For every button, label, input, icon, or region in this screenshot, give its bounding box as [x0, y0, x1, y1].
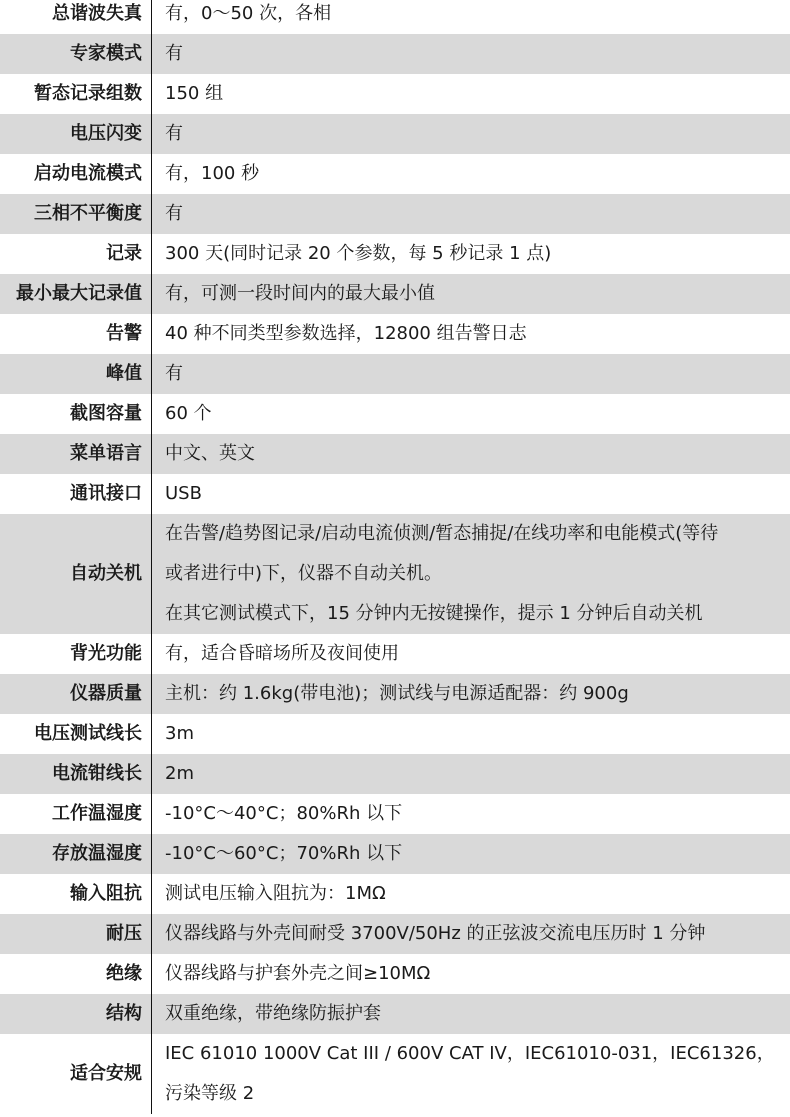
spec-label: 专家模式 [0, 34, 152, 74]
spec-value: 150 组 [152, 74, 790, 114]
spec-value: -10°C～40°C；80%Rh 以下 [152, 794, 790, 834]
spec-value: 有，0～50 次，各相 [152, 0, 790, 34]
spec-value: -10°C～60°C；70%Rh 以下 [152, 834, 790, 874]
spec-value-line: -10°C～60°C；70%Rh 以下 [165, 834, 790, 874]
spec-row: 电流钳线长2m [0, 754, 790, 794]
spec-row: 电压闪变有 [0, 114, 790, 154]
spec-label: 菜单语言 [0, 434, 152, 474]
spec-label: 告警 [0, 314, 152, 354]
spec-label: 峰值 [0, 354, 152, 394]
spec-value: IEC 61010 1000V Cat III / 600V CAT IV，IE… [152, 1034, 790, 1114]
spec-value: 3m [152, 714, 790, 754]
spec-value-line: 60 个 [165, 394, 790, 434]
spec-value: 2m [152, 754, 790, 794]
spec-value-line: 在告警/趋势图记录/启动电流侦测/暂态捕捉/在线功率和电能模式(等待 [165, 514, 790, 554]
spec-value: 300 天(同时记录 20 个参数，每 5 秒记录 1 点) [152, 234, 790, 274]
spec-row: 通讯接口USB [0, 474, 790, 514]
spec-value-line: 有 [165, 194, 790, 234]
spec-value-line: 有，可测一段时间内的最大最小值 [165, 274, 790, 314]
spec-value: 主机：约 1.6kg(带电池)；测试线与电源适配器：约 900g [152, 674, 790, 714]
spec-label: 电压闪变 [0, 114, 152, 154]
spec-value-line: USB [165, 474, 790, 514]
spec-label: 截图容量 [0, 394, 152, 434]
spec-value: 有，可测一段时间内的最大最小值 [152, 274, 790, 314]
spec-value: 有，适合昏暗场所及夜间使用 [152, 634, 790, 674]
spec-value-line: 有 [165, 34, 790, 74]
spec-value-line: 3m [165, 714, 790, 754]
spec-value-line: 有，0～50 次，各相 [165, 0, 790, 34]
spec-label: 电压测试线长 [0, 714, 152, 754]
spec-label: 自动关机 [0, 514, 152, 634]
spec-value: 有 [152, 114, 790, 154]
spec-value-line: 双重绝缘，带绝缘防振护套 [165, 994, 790, 1034]
spec-row: 峰值有 [0, 354, 790, 394]
spec-row: 截图容量60 个 [0, 394, 790, 434]
spec-row: 总谐波失真有，0～50 次，各相 [0, 0, 790, 34]
spec-row: 耐压仪器线路与外壳间耐受 3700V/50Hz 的正弦波交流电压历时 1 分钟 [0, 914, 790, 954]
spec-value-line: 40 种不同类型参数选择，12800 组告警日志 [165, 314, 790, 354]
spec-value-line: 在其它测试模式下，15 分钟内无按键操作，提示 1 分钟后自动关机 [165, 594, 790, 634]
spec-value-line: 150 组 [165, 74, 790, 114]
spec-label: 暂态记录组数 [0, 74, 152, 114]
spec-value: 双重绝缘，带绝缘防振护套 [152, 994, 790, 1034]
spec-value-line: 测试电压输入阻抗为：1MΩ [165, 874, 790, 914]
spec-label: 耐压 [0, 914, 152, 954]
spec-value: 40 种不同类型参数选择，12800 组告警日志 [152, 314, 790, 354]
spec-label: 背光功能 [0, 634, 152, 674]
spec-label: 电流钳线长 [0, 754, 152, 794]
spec-value-line: -10°C～40°C；80%Rh 以下 [165, 794, 790, 834]
spec-value: 有，100 秒 [152, 154, 790, 194]
spec-label: 总谐波失真 [0, 0, 152, 34]
spec-value: 有 [152, 194, 790, 234]
spec-table: 总谐波失真有，0～50 次，各相专家模式有暂态记录组数150 组电压闪变有启动电… [0, 0, 790, 1114]
spec-label: 输入阻抗 [0, 874, 152, 914]
spec-value-line: IEC 61010 1000V Cat III / 600V CAT IV，IE… [165, 1034, 790, 1074]
spec-value-line: 有，100 秒 [165, 154, 790, 194]
spec-value-line: 2m [165, 754, 790, 794]
spec-row: 工作温湿度-10°C～40°C；80%Rh 以下 [0, 794, 790, 834]
spec-value-line: 300 天(同时记录 20 个参数，每 5 秒记录 1 点) [165, 234, 790, 274]
spec-value-line: 中文、英文 [165, 434, 790, 474]
spec-value-line: 有 [165, 354, 790, 394]
spec-value: 测试电压输入阻抗为：1MΩ [152, 874, 790, 914]
spec-row: 输入阻抗测试电压输入阻抗为：1MΩ [0, 874, 790, 914]
spec-label: 三相不平衡度 [0, 194, 152, 234]
spec-row: 暂态记录组数150 组 [0, 74, 790, 114]
spec-value-line: 主机：约 1.6kg(带电池)；测试线与电源适配器：约 900g [165, 674, 790, 714]
spec-label: 启动电流模式 [0, 154, 152, 194]
spec-row: 仪器质量主机：约 1.6kg(带电池)；测试线与电源适配器：约 900g [0, 674, 790, 714]
spec-row: 告警40 种不同类型参数选择，12800 组告警日志 [0, 314, 790, 354]
spec-label: 结构 [0, 994, 152, 1034]
spec-row: 电压测试线长3m [0, 714, 790, 754]
spec-label: 绝缘 [0, 954, 152, 994]
spec-value: 有 [152, 34, 790, 74]
spec-value: 60 个 [152, 394, 790, 434]
spec-value: 仪器线路与外壳间耐受 3700V/50Hz 的正弦波交流电压历时 1 分钟 [152, 914, 790, 954]
spec-row: 绝缘仪器线路与护套外壳之间≥10MΩ [0, 954, 790, 994]
spec-row: 适合安规IEC 61010 1000V Cat III / 600V CAT I… [0, 1034, 790, 1114]
spec-row: 最小最大记录值有，可测一段时间内的最大最小值 [0, 274, 790, 314]
spec-label: 适合安规 [0, 1034, 152, 1114]
spec-value: USB [152, 474, 790, 514]
spec-label: 存放温湿度 [0, 834, 152, 874]
spec-value: 中文、英文 [152, 434, 790, 474]
spec-value-line: 仪器线路与外壳间耐受 3700V/50Hz 的正弦波交流电压历时 1 分钟 [165, 914, 790, 954]
spec-value-line: 或者进行中)下，仪器不自动关机。 [165, 554, 790, 594]
spec-row: 记录300 天(同时记录 20 个参数，每 5 秒记录 1 点) [0, 234, 790, 274]
spec-value-line: 有 [165, 114, 790, 154]
spec-value: 在告警/趋势图记录/启动电流侦测/暂态捕捉/在线功率和电能模式(等待或者进行中)… [152, 514, 790, 634]
spec-label: 通讯接口 [0, 474, 152, 514]
spec-row: 存放温湿度-10°C～60°C；70%Rh 以下 [0, 834, 790, 874]
spec-label: 工作温湿度 [0, 794, 152, 834]
spec-row: 启动电流模式有，100 秒 [0, 154, 790, 194]
spec-label: 仪器质量 [0, 674, 152, 714]
spec-value-line: 有，适合昏暗场所及夜间使用 [165, 634, 790, 674]
spec-row: 结构双重绝缘，带绝缘防振护套 [0, 994, 790, 1034]
spec-label: 记录 [0, 234, 152, 274]
spec-value-line: 仪器线路与护套外壳之间≥10MΩ [165, 954, 790, 994]
spec-value: 仪器线路与护套外壳之间≥10MΩ [152, 954, 790, 994]
spec-label: 最小最大记录值 [0, 274, 152, 314]
spec-row: 自动关机在告警/趋势图记录/启动电流侦测/暂态捕捉/在线功率和电能模式(等待或者… [0, 514, 790, 634]
spec-row: 三相不平衡度有 [0, 194, 790, 234]
spec-value-line: 污染等级 2 [165, 1074, 790, 1114]
spec-row: 菜单语言中文、英文 [0, 434, 790, 474]
spec-value: 有 [152, 354, 790, 394]
spec-row: 背光功能有，适合昏暗场所及夜间使用 [0, 634, 790, 674]
spec-row: 专家模式有 [0, 34, 790, 74]
